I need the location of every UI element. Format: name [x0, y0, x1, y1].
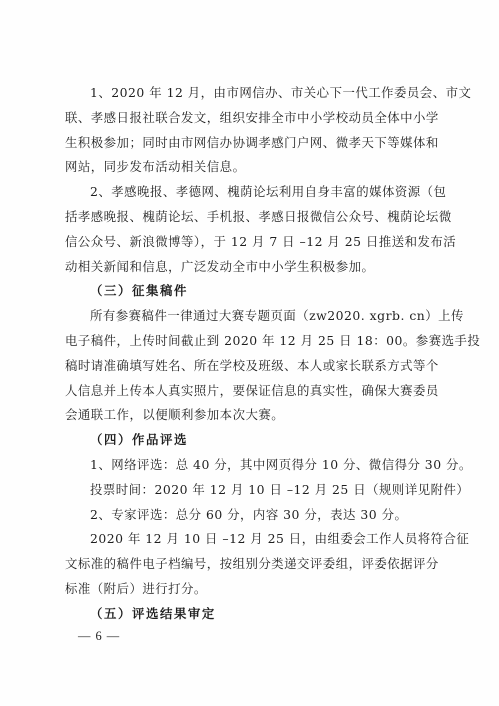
paragraph-publicity-2: 2、孝感晚报、孝德网、槐荫论坛利用自身丰富的媒体资源（包 括孝感晚报、槐荫论坛、… [65, 180, 434, 279]
paragraph-expert-evaluation: 2、专家评选：总分 60 分，内容 30 分，表达 30 分。 [65, 503, 434, 528]
section-heading-results-review: （五）评选结果审定 [65, 602, 434, 627]
text-line: 标准（附后）进行打分。 [65, 577, 434, 602]
paragraph-scoring-process: 2020 年 12 月 10 日 –12 月 25 日，由组委会工作人员将符合征… [65, 527, 434, 601]
text-line: 2020 年 12 月 10 日 –12 月 25 日，由组委会工作人员将符合征 [65, 527, 434, 552]
page-number: — 6 — [78, 625, 120, 647]
text-line: 稿时请准确填写姓名、所在学校及班级、本人或家长联系方式等个 [65, 354, 434, 379]
document-body: 1、2020 年 12 月，由市网信办、市关心下一代工作委员会、市文 联、孝感日… [65, 81, 434, 627]
paragraph-submission: 所有参赛稿件一律通过大赛专题页面（zw2020. xgrb. cn）上传 电子稿… [65, 304, 434, 428]
text-line: 括孝感晚报、槐荫论坛、手机报、孝感日报微信公众号、槐荫论坛微 [65, 205, 434, 230]
text-line: 所有参赛稿件一律通过大赛专题页面（zw2020. xgrb. cn）上传 [65, 304, 434, 329]
text-line: 生积极参加；同时由市网信办协调孝感门户网、微孝天下等媒体和 [65, 131, 434, 156]
section-heading-evaluation: （四）作品评选 [65, 428, 434, 453]
section-heading-submission: （三）征集稿件 [65, 279, 434, 304]
text-line: 文标准的稿件电子档编号，按组别分类递交评委组，评委依据评分 [65, 552, 434, 577]
text-line: 电子稿件，上传时间截止到 2020 年 12 月 25 日 18：00。参赛选手… [65, 329, 434, 354]
paragraph-voting-time: 投票时间：2020 年 12 月 10 日 –12 月 25 日（规则详见附件） [65, 478, 434, 503]
text-line: 会通联工作，以便顺利参加本次大赛。 [65, 403, 434, 428]
text-line: 联、孝感日报社联合发文，组织安排全市中小学校动员全体中小学 [65, 106, 434, 131]
text-line: 人信息并上传本人真实照片，要保证信息的真实性，确保大赛委员 [65, 379, 434, 404]
text-line: 2、孝感晚报、孝德网、槐荫论坛利用自身丰富的媒体资源（包 [65, 180, 434, 205]
text-line: 网站，同步发布活动相关信息。 [65, 155, 434, 180]
paragraph-publicity-1: 1、2020 年 12 月，由市网信办、市关心下一代工作委员会、市文 联、孝感日… [65, 81, 434, 180]
text-line: 动相关新闻和信息，广泛发动全市中小学生积极参加。 [65, 255, 434, 280]
text-line: 信公众号、新浪微博等），于 12 月 7 日 –12 月 25 日推送和发布活 [65, 230, 434, 255]
text-line: 1、2020 年 12 月，由市网信办、市关心下一代工作委员会、市文 [65, 81, 434, 106]
paragraph-online-evaluation: 1、网络评选：总 40 分，其中网页得分 10 分、微信得分 30 分。 [65, 453, 434, 478]
document-page: 1、2020 年 12 月，由市网信办、市关心下一代工作委员会、市文 联、孝感日… [0, 0, 499, 706]
